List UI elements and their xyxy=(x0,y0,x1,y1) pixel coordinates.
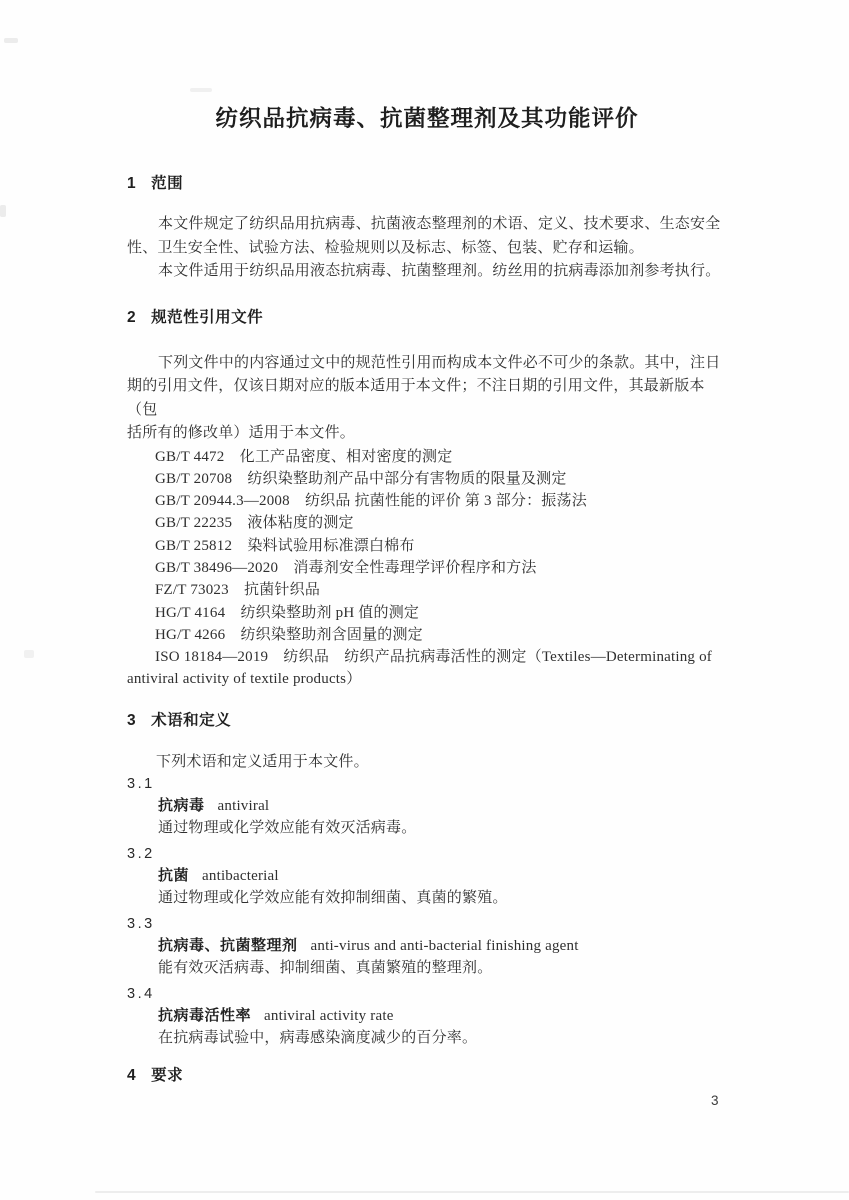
section-title-normative: 规范性引用文件 xyxy=(151,309,263,326)
scope-p1-line1: 本文件规定了纺织品用抗病毒、抗菌液态整理剂的术语、定义、技术要求、生态安全 xyxy=(127,213,727,237)
section-heading-scope: 1范围 xyxy=(127,174,727,194)
scan-artifact xyxy=(24,650,34,658)
section-number-requirements: 4 xyxy=(127,1066,136,1086)
scope-paragraph-1: 本文件规定了纺织品用抗病毒、抗菌液态整理剂的术语、定义、技术要求、生态安全 性、… xyxy=(127,213,727,260)
scan-artifact-bottom-rule xyxy=(95,1191,849,1193)
section-number-terms: 3 xyxy=(127,711,136,731)
scope-p2-line1: 本文件适用于纺织品用液态抗病毒、抗菌整理剂。纺丝用的抗病毒添加剂参考执行。 xyxy=(127,260,727,284)
term-name-zh: 抗病毒、抗菌整理剂 xyxy=(158,937,298,954)
term-name-zh: 抗病毒 xyxy=(158,797,205,814)
normative-intro-line1: 下列文件中的内容通过文中的规范性引用而构成本文件必不可少的条款。其中，注日 xyxy=(127,352,727,376)
document-page: 纺织品抗病毒、抗菌整理剂及其功能评价 1范围 本文件规定了纺织品用抗病毒、抗菌液… xyxy=(0,0,849,1200)
term-name-zh: 抗菌 xyxy=(158,867,189,884)
term-entry-3-3: 3.3 抗病毒、抗菌整理剂anti-virus and anti-bacteri… xyxy=(127,913,727,979)
term-definition: 通过物理或化学效应能有效抑制细菌、真菌的繁殖。 xyxy=(127,887,727,909)
section-heading-normative-references: 2规范性引用文件 xyxy=(127,308,727,328)
reference-item: ISO 18184—2019 纺织品 纺织产品抗病毒活性的测定（Textiles… xyxy=(127,646,727,668)
scan-artifact xyxy=(190,88,212,92)
reference-item: GB/T 22235 液体粘度的测定 xyxy=(127,512,727,534)
scope-p1-line2: 性、卫生安全性、试验方法、检验规则以及标志、标签、包装、贮存和运输。 xyxy=(127,237,727,261)
normative-intro-line3: 括所有的修改单）适用于本文件。 xyxy=(127,422,727,446)
normative-intro-paragraph: 下列文件中的内容通过文中的规范性引用而构成本文件必不可少的条款。其中，注日 期的… xyxy=(127,352,727,446)
scan-artifact xyxy=(0,205,6,217)
document-title: 纺织品抗病毒、抗菌整理剂及其功能评价 xyxy=(127,104,727,134)
term-number: 3.2 xyxy=(127,843,727,865)
term-number: 3.3 xyxy=(127,913,727,935)
term-name-line: 抗菌antibacterial xyxy=(127,865,727,887)
term-name-en: antiviral activity rate xyxy=(264,1008,394,1024)
reference-item: GB/T 25812 染料试验用标准漂白棉布 xyxy=(127,535,727,557)
term-number: 3.4 xyxy=(127,983,727,1005)
term-name-line: 抗病毒antiviral xyxy=(127,795,727,817)
page-number: 3 xyxy=(711,1093,719,1108)
reference-item: GB/T 38496—2020 消毒剂安全性毒理学评价程序和方法 xyxy=(127,557,727,579)
term-definition: 能有效灭活病毒、抑制细菌、真菌繁殖的整理剂。 xyxy=(127,957,727,979)
section-title-terms: 术语和定义 xyxy=(151,712,231,729)
term-entry-3-1: 3.1 抗病毒antiviral 通过物理或化学效应能有效灭活病毒。 xyxy=(127,773,727,839)
term-entry-3-4: 3.4 抗病毒活性率antiviral activity rate 在抗病毒试验… xyxy=(127,983,727,1049)
reference-item: HG/T 4164 纺织染整助剂 pH 值的测定 xyxy=(127,602,727,624)
scan-artifact xyxy=(4,38,18,43)
terms-intro: 下列术语和定义适用于本文件。 xyxy=(127,751,727,773)
scope-paragraph-2: 本文件适用于纺织品用液态抗病毒、抗菌整理剂。纺丝用的抗病毒添加剂参考执行。 xyxy=(127,260,727,284)
term-entry-3-2: 3.2 抗菌antibacterial 通过物理或化学效应能有效抑制细菌、真菌的… xyxy=(127,843,727,909)
reference-item-continuation: antiviral activity of textile products） xyxy=(127,668,727,690)
term-definition: 通过物理或化学效应能有效灭活病毒。 xyxy=(127,817,727,839)
term-name-en: antiviral xyxy=(218,798,270,814)
section-heading-requirements: 4要求 xyxy=(127,1066,727,1086)
reference-item: HG/T 4266 纺织染整助剂含固量的测定 xyxy=(127,624,727,646)
section-heading-terms: 3术语和定义 xyxy=(127,711,727,731)
term-definition: 在抗病毒试验中，病毒感染滴度减少的百分率。 xyxy=(127,1027,727,1049)
section-title-scope: 范围 xyxy=(151,175,183,192)
term-name-line: 抗病毒、抗菌整理剂anti-virus and anti-bacterial f… xyxy=(127,935,727,957)
section-number-normative: 2 xyxy=(127,308,136,328)
term-name-line: 抗病毒活性率antiviral activity rate xyxy=(127,1005,727,1027)
reference-item: GB/T 20944.3—2008 纺织品 抗菌性能的评价 第 3 部分：振荡法 xyxy=(127,490,727,512)
term-number: 3.1 xyxy=(127,773,727,795)
normative-intro-line2: 期的引用文件，仅该日期对应的版本适用于本文件；不注日期的引用文件，其最新版本（包 xyxy=(127,375,727,422)
section-title-requirements: 要求 xyxy=(151,1067,183,1084)
term-name-en: antibacterial xyxy=(202,868,279,884)
term-name-zh: 抗病毒活性率 xyxy=(158,1007,251,1024)
normative-reference-list: GB/T 4472 化工产品密度、相对密度的测定 GB/T 20708 纺织染整… xyxy=(127,446,727,691)
reference-item: GB/T 4472 化工产品密度、相对密度的测定 xyxy=(127,446,727,468)
reference-item: FZ/T 73023 抗菌针织品 xyxy=(127,579,727,601)
term-name-en: anti-virus and anti-bacterial finishing … xyxy=(311,938,579,954)
reference-item: GB/T 20708 纺织染整助剂产品中部分有害物质的限量及测定 xyxy=(127,468,727,490)
section-number-scope: 1 xyxy=(127,174,136,194)
